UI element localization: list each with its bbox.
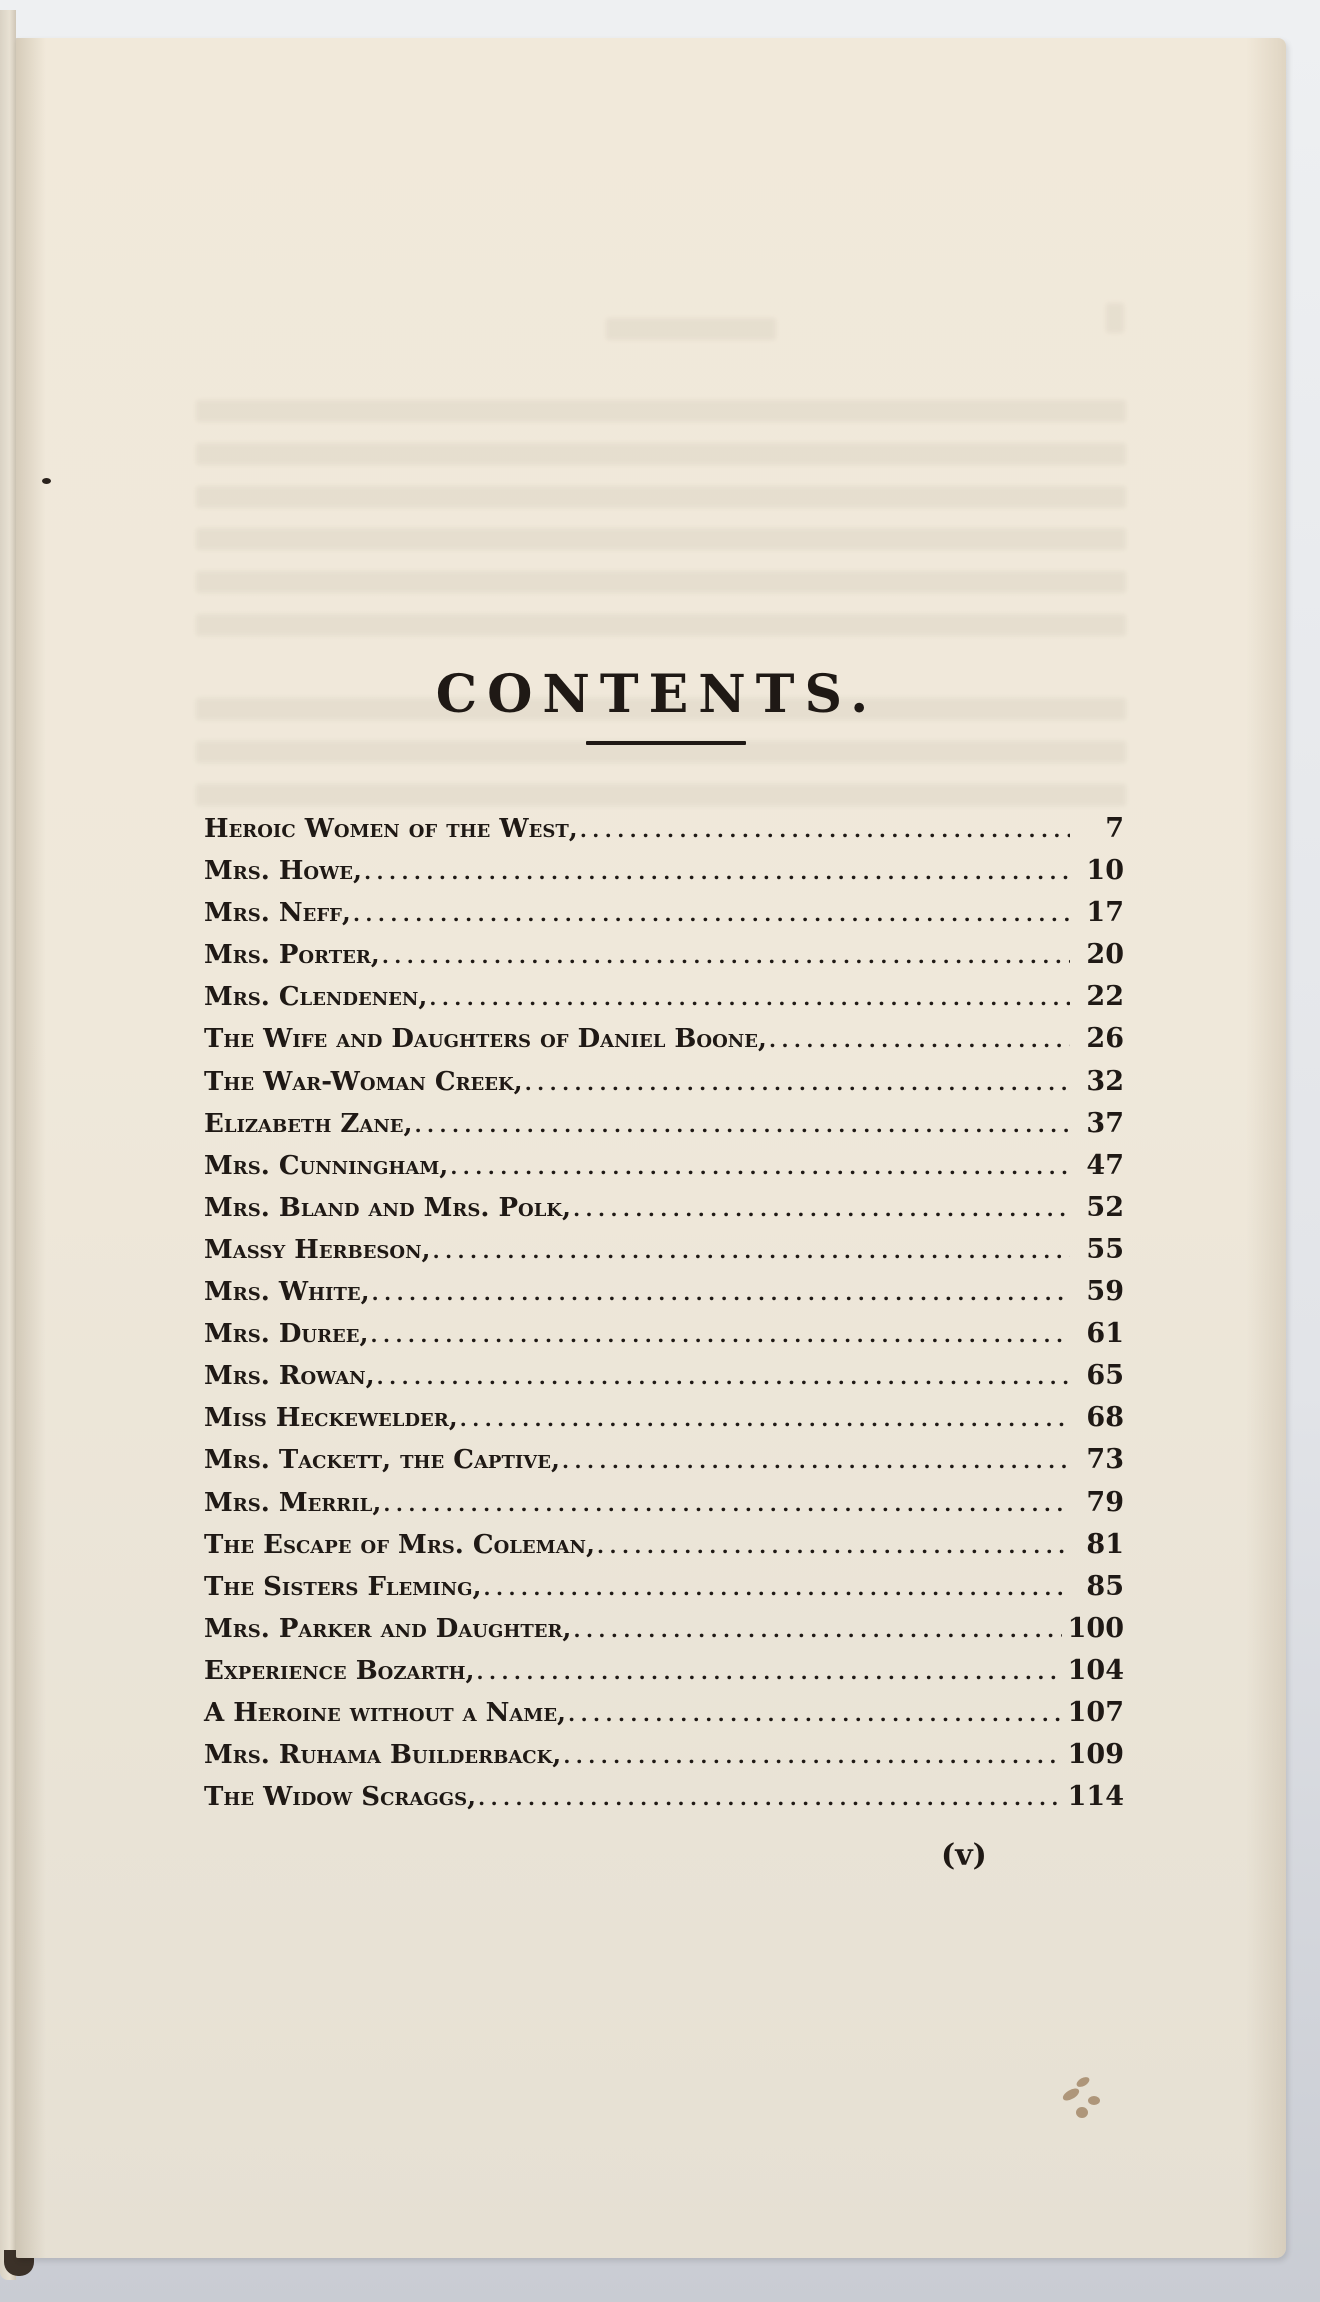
toc-entry-title: Mrs. Ruhama Builderback, — [204, 1734, 561, 1776]
toc-entry-title: Mrs. Merril, — [204, 1482, 381, 1524]
toc-entry: The Sisters Fleming,85 — [204, 1566, 1124, 1608]
dot-leader — [371, 1314, 1070, 1356]
gutter-shadow — [16, 38, 46, 2258]
page-edge-tone — [1246, 38, 1286, 2258]
toc-entry-page-number: 10 — [1076, 850, 1124, 892]
show-through-text — [196, 486, 1126, 508]
dot-leader — [478, 1777, 1062, 1819]
toc-entry: Mrs. Parker and Daughter,100 — [204, 1608, 1124, 1650]
foxing-stain — [1075, 2075, 1091, 2089]
toc-entry-page-number: 109 — [1068, 1734, 1124, 1776]
toc-entry-page-number: 73 — [1076, 1439, 1124, 1481]
toc-entry-page-number: 55 — [1076, 1229, 1124, 1271]
toc-entry: Mrs. Neff,17 — [204, 892, 1124, 934]
toc-entry-title: The Widow Scraggs, — [204, 1776, 476, 1818]
toc-entry-page-number: 114 — [1068, 1776, 1124, 1818]
dot-leader — [574, 1609, 1062, 1651]
dot-leader — [563, 1735, 1061, 1777]
toc-entry-page-number: 47 — [1076, 1145, 1124, 1187]
dot-leader — [415, 1104, 1070, 1146]
toc-entry-page-number: 7 — [1076, 808, 1124, 850]
toc-entry-title: Mrs. White, — [204, 1271, 370, 1313]
dot-leader — [353, 893, 1070, 935]
toc-entry: A Heroine without a Name,107 — [204, 1692, 1124, 1734]
dot-leader — [573, 1188, 1070, 1230]
dot-leader — [377, 1356, 1070, 1398]
toc-entry-title: The Wife and Daughters of Daniel Boone, — [204, 1018, 767, 1060]
toc-entry-page-number: 37 — [1076, 1103, 1124, 1145]
toc-entry: Mrs. Bland and Mrs. Polk,52 — [204, 1187, 1124, 1229]
toc-entry: Mrs. Duree,61 — [204, 1313, 1124, 1355]
toc-entry-page-number: 68 — [1076, 1397, 1124, 1439]
dot-leader — [562, 1440, 1070, 1482]
toc-entry-title: Mrs. Tackett, the Captive, — [204, 1439, 560, 1481]
toc-entry-title: Heroic Women of the West, — [204, 808, 578, 850]
book-binding-edge — [0, 10, 16, 2280]
show-through-text — [1106, 303, 1124, 333]
toc-entry-title: Mrs. Cunningham, — [204, 1145, 448, 1187]
toc-entry-page-number: 61 — [1076, 1313, 1124, 1355]
toc-entry: Mrs. Ruhama Builderback,109 — [204, 1734, 1124, 1776]
toc-entry: Mrs. Cunningham,47 — [204, 1145, 1124, 1187]
dot-leader — [477, 1651, 1062, 1693]
toc-entry-page-number: 85 — [1076, 1566, 1124, 1608]
toc-entry-title: Massy Herbeson, — [204, 1229, 431, 1271]
show-through-text — [196, 571, 1126, 593]
toc-entry: Heroic Women of the West,7 — [204, 808, 1124, 850]
toc-entry: The Widow Scraggs,114 — [204, 1776, 1124, 1818]
toc-entry: The Escape of Mrs. Coleman,81 — [204, 1524, 1124, 1566]
toc-entry-page-number: 81 — [1076, 1524, 1124, 1566]
dot-leader — [525, 1062, 1070, 1104]
toc-entry-title: The Sisters Fleming, — [204, 1566, 482, 1608]
toc-entry-title: The Escape of Mrs. Coleman, — [204, 1524, 595, 1566]
toc-entry: The Wife and Daughters of Daniel Boone,2… — [204, 1018, 1124, 1060]
toc-entry: Mrs. White,59 — [204, 1271, 1124, 1313]
toc-entry-title: Mrs. Porter, — [204, 934, 380, 976]
toc-entry-title: The War-Woman Creek, — [204, 1061, 523, 1103]
toc-entry-page-number: 32 — [1076, 1061, 1124, 1103]
dot-leader — [364, 851, 1070, 893]
toc-entry: Experience Bozarth,104 — [204, 1650, 1124, 1692]
dot-leader — [769, 1019, 1070, 1061]
toc-entry: Mrs. Porter,20 — [204, 934, 1124, 976]
dot-leader — [460, 1398, 1070, 1440]
dot-leader — [484, 1567, 1070, 1609]
dot-leader — [429, 977, 1070, 1019]
toc-entry: Miss Heckewelder,68 — [204, 1397, 1124, 1439]
toc-entry-title: Elizabeth Zane, — [204, 1103, 413, 1145]
toc-entry-title: Mrs. Duree, — [204, 1313, 369, 1355]
toc-entry-title: Mrs. Rowan, — [204, 1355, 375, 1397]
toc-entry-page-number: 100 — [1068, 1608, 1124, 1650]
dot-leader — [568, 1693, 1062, 1735]
toc-entry-title: Mrs. Howe, — [204, 850, 362, 892]
toc-entry-page-number: 79 — [1076, 1482, 1124, 1524]
show-through-text — [196, 614, 1126, 636]
toc-entry-page-number: 52 — [1076, 1187, 1124, 1229]
toc-entry-page-number: 26 — [1076, 1018, 1124, 1060]
foxing-stain — [1076, 2107, 1088, 2118]
paper-speck — [42, 478, 51, 484]
toc-entry-title: Experience Bozarth, — [204, 1650, 475, 1692]
dot-leader — [580, 809, 1070, 851]
page-folio: (v) — [941, 1838, 987, 1873]
toc-entry-page-number: 104 — [1068, 1650, 1124, 1692]
toc-entry: Mrs. Clendenen,22 — [204, 976, 1124, 1018]
toc-entry: Mrs. Rowan,65 — [204, 1355, 1124, 1397]
toc-entry-title: A Heroine without a Name, — [204, 1692, 566, 1734]
toc-entry: Mrs. Tackett, the Captive,73 — [204, 1439, 1124, 1481]
show-through-text — [196, 443, 1126, 465]
toc-entry-title: Miss Heckewelder, — [204, 1397, 458, 1439]
toc-entry-page-number: 22 — [1076, 976, 1124, 1018]
toc-entry-title: Mrs. Clendenen, — [204, 976, 427, 1018]
page-title: CONTENTS. — [16, 669, 1292, 721]
dot-leader — [383, 1483, 1070, 1525]
toc-entry-title: Mrs. Parker and Daughter, — [204, 1608, 572, 1650]
book-page: CONTENTS. Heroic Women of the West,7Mrs.… — [16, 38, 1286, 2258]
title-rule-divider — [586, 741, 746, 745]
dot-leader — [382, 935, 1070, 977]
show-through-text — [606, 318, 776, 340]
show-through-text — [196, 400, 1126, 422]
dot-leader — [597, 1525, 1070, 1567]
toc-entry-title: Mrs. Bland and Mrs. Polk, — [204, 1187, 571, 1229]
toc-entry: Massy Herbeson,55 — [204, 1229, 1124, 1271]
toc-entry: The War-Woman Creek,32 — [204, 1061, 1124, 1103]
table-of-contents: Heroic Women of the West,7Mrs. Howe,10Mr… — [204, 808, 1124, 1818]
show-through-text — [196, 784, 1126, 806]
dot-leader — [433, 1230, 1070, 1272]
foxing-stain — [1061, 2086, 1081, 2103]
toc-entry-page-number: 59 — [1076, 1271, 1124, 1313]
toc-entry-title: Mrs. Neff, — [204, 892, 351, 934]
toc-entry-page-number: 107 — [1068, 1692, 1124, 1734]
toc-entry: Mrs. Howe,10 — [204, 850, 1124, 892]
toc-entry: Elizabeth Zane,37 — [204, 1103, 1124, 1145]
toc-entry-page-number: 17 — [1076, 892, 1124, 934]
dot-leader — [372, 1272, 1070, 1314]
show-through-text — [196, 528, 1126, 550]
toc-entry-page-number: 20 — [1076, 934, 1124, 976]
toc-entry: Mrs. Merril,79 — [204, 1482, 1124, 1524]
dot-leader — [450, 1146, 1070, 1188]
toc-entry-page-number: 65 — [1076, 1355, 1124, 1397]
foxing-stain — [1088, 2096, 1100, 2105]
